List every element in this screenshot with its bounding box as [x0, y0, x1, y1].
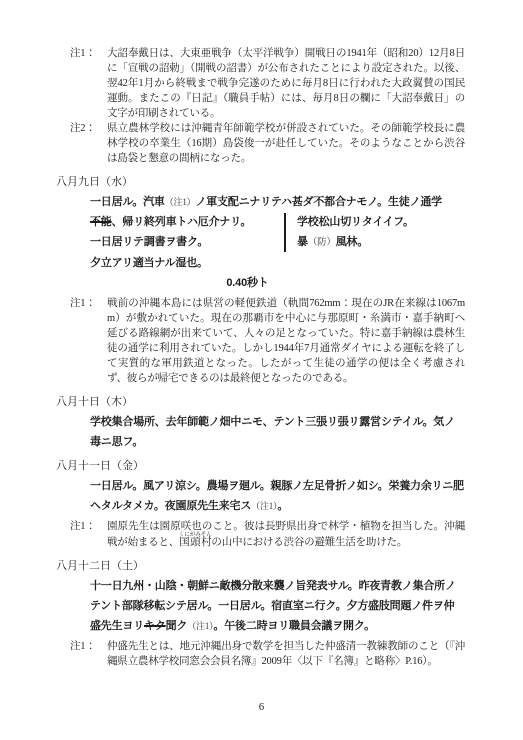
footnote-text: 園原先生は園原咲也のこと。彼は長野県出身で林学・植物を担当した。沖縄戦が始まると… [107, 519, 465, 550]
footnote-label: 注1： [70, 519, 107, 550]
note-ref: （注1） [165, 197, 196, 207]
right-column: 学校松山切リタイイフ。 暴（防）風林。 [286, 212, 465, 253]
footnote-label: 注1： [70, 639, 107, 669]
entry-date: 八月十一日（金） [56, 456, 465, 476]
footnote-text: 仲盛先生とは、地元沖縄出身で数学を担当した仲盛清一教練教師のこと（『沖縄県立農林… [107, 639, 465, 669]
entry-line: 一日居ル。汽車（注1）ノ軍支配ニナリテハ甚ダ不都合ナモノ。生徒ノ通学 [90, 192, 465, 212]
entry-segment: 暴 [297, 236, 308, 248]
ruby-text: くにがみそん [179, 532, 212, 538]
page-number: 6 [0, 702, 523, 713]
two-column-block: 不能、帰リ終列車トハ厄介ナリ。 一日居リテ調書ヲ書ク。 学校松山切リタイイフ。 … [90, 212, 465, 253]
entry-text: 一日居ル。風アリ涼シ。農場ヲ廻ル。親豚ノ左足骨折ノ如シ。栄養力余リニ肥ヘタルタメ… [90, 476, 465, 516]
footnote: 注2： 県立農林学校には沖縄青年師範学校が併設されていた。その師範学校長に農林学… [56, 121, 465, 166]
note-ref: （注1） [251, 501, 277, 511]
footnote-group-top: 注1： 大詔奉戴日は、大東亜戦争（太平洋戦争）開戦日の1941年（昭和20）12… [56, 46, 465, 166]
footnote-text: 戦前の沖縄本島には県営の軽便鉄道（軌間762mm：現在のJR在来線は1067mm… [107, 296, 465, 386]
struck-text: 不能 [90, 216, 112, 228]
footnote: 注1： 園原先生は園原咲也のこと。彼は長野県出身で林学・植物を担当した。沖縄戦が… [56, 519, 465, 550]
centered-note: 0.40秒ト [90, 273, 465, 293]
editor-paren: （防） [308, 238, 336, 248]
footnote: 注1： 大詔奉戴日は、大東亜戦争（太平洋戦争）開戦日の1941年（昭和20）12… [56, 46, 465, 121]
diary-section-aug9: 八月九日（水） 一日居ル。汽車（注1）ノ軍支配ニナリテハ甚ダ不都合ナモノ。生徒ノ… [56, 172, 465, 386]
entry-text: 一日居ル。汽車（注1）ノ軍支配ニナリテハ甚ダ不都合ナモノ。生徒ノ通学 不能、帰リ… [90, 192, 465, 293]
footnote-label: 注1： [70, 296, 107, 386]
footnote: 注1： 仲盛先生とは、地元沖縄出身で数学を担当した仲盛清一教練教師のこと（『沖縄… [56, 639, 465, 669]
diary-section-aug10: 八月十日（木） 学校集合場所、去年師範ノ畑中ニモ、テント三張リ張リ露営シテイル。… [56, 392, 465, 452]
ruby-kunigami: 国頭村くにがみそん [179, 537, 211, 548]
footnote-text: 県立農林学校には沖縄青年師範学校が併設されていた。その師範学校長に農林学校の卒業… [107, 121, 465, 166]
diary-section-aug12: 八月十二日（土） 十一日九州・山陰・朝鮮ニ敵機分散来襲ノ旨発表サル。昨夜青教ノ集… [56, 556, 465, 669]
entry-segment: 聞ク [166, 620, 188, 632]
left-column: 不能、帰リ終列車トハ厄介ナリ。 一日居リテ調書ヲ書ク。 [90, 212, 284, 253]
entry-segment: ノ軍支配ニナリテハ甚ダ不都合ナモノ。生徒ノ通学 [195, 196, 442, 208]
entry-line: 学校松山切リタイイフ。 [297, 212, 465, 232]
entry-segment: 。 [277, 500, 288, 512]
entry-line: 一日居リテ調書ヲ書ク。 [90, 232, 284, 252]
entry-text: 十一日九州・山陰・朝鮮ニ敵機分散来襲ノ旨発表サル。昨夜青教ノ集合所ノテント部隊移… [90, 576, 465, 636]
footnote-text: 大詔奉戴日は、大東亜戦争（太平洋戦争）開戦日の1941年（昭和20）12月8日に… [107, 46, 465, 121]
entry-line: 夕立アリ適当ナル湿也。 [90, 253, 465, 273]
ruby-base: 国頭村 [179, 537, 212, 548]
document-page: 注1： 大詔奉戴日は、大東亜戦争（太平洋戦争）開戦日の1941年（昭和20）12… [0, 0, 523, 740]
entry-segment: 風林。 [336, 236, 368, 248]
footnote: 注1： 戦前の沖縄本島には県営の軽便鉄道（軌間762mm：現在のJR在来線は10… [56, 296, 465, 386]
footnote-label: 注2： [70, 121, 107, 166]
entry-date: 八月九日（水） [56, 172, 465, 192]
diary-section-aug11: 八月十一日（金） 一日居ル。風アリ涼シ。農場ヲ廻ル。親豚ノ左足骨折ノ如シ。栄養力… [56, 456, 465, 550]
entry-date: 八月十日（木） [56, 392, 465, 412]
entry-segment: 、帰リ終列車トハ厄介ナリ。 [112, 216, 252, 228]
footnote-segment: の山中における渋谷の避難生活を助けた。 [211, 537, 407, 548]
footnote-label: 注1： [70, 46, 107, 121]
entry-segment: 一日居ル。汽車 [90, 196, 165, 208]
entry-segment: 。午後二時ヨリ職員会議ヲ開ク。 [213, 620, 375, 632]
entry-line: 不能、帰リ終列車トハ厄介ナリ。 [90, 212, 284, 232]
entry-date: 八月十二日（土） [56, 556, 465, 576]
note-ref: （注1） [187, 621, 213, 631]
entry-line: 暴（防）風林。 [297, 232, 465, 253]
struck-text: キク [144, 620, 166, 632]
entry-text: 学校集合場所、去年師範ノ畑中ニモ、テント三張リ張リ露営シテイル。気ノ毒ニ思フ。 [90, 412, 465, 452]
